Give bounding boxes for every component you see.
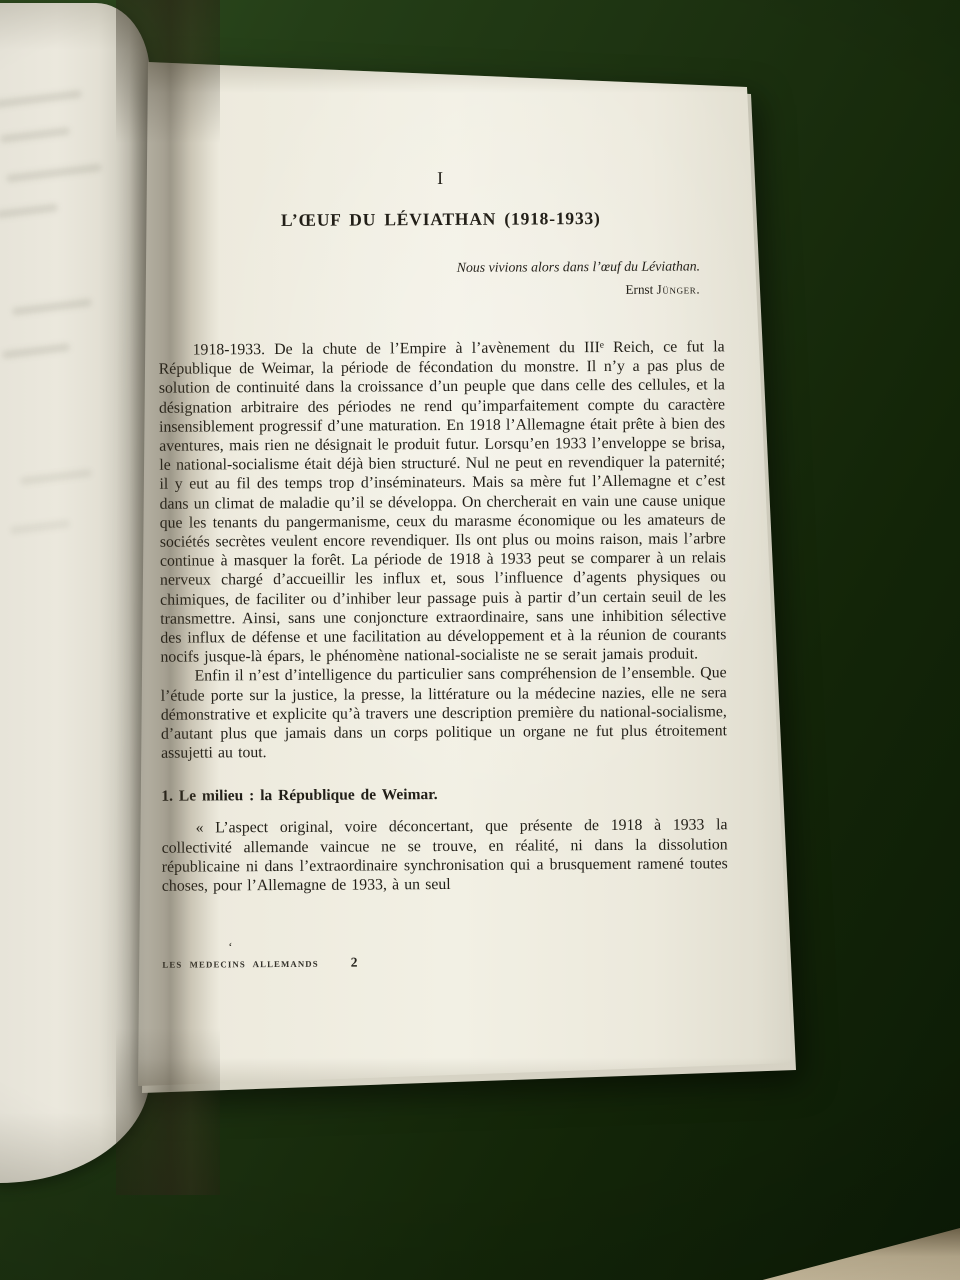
print-artifact-mark: ‘ xyxy=(228,939,232,955)
section-heading: 1. Le milieu : la République de Weimar. xyxy=(161,785,727,806)
left-page-stack xyxy=(0,3,150,1183)
show-through-text xyxy=(0,90,82,109)
attribution-last-name: Jünger. xyxy=(657,281,701,296)
show-through-text xyxy=(0,203,58,218)
chapter-number: I xyxy=(157,60,724,190)
body-text: 1918-1933. De la chute de l’Empire à l’a… xyxy=(159,337,728,896)
show-through-text xyxy=(20,469,92,486)
attribution-first-name: Ernst xyxy=(625,282,653,297)
show-through-text xyxy=(12,298,92,316)
book-page: I L’ŒUF DU LÉVIATHAN (1918-1933) Nous vi… xyxy=(138,62,796,1094)
show-through-text xyxy=(2,343,70,359)
photo-of-open-book: I L’ŒUF DU LÉVIATHAN (1918-1933) Nous vi… xyxy=(0,0,960,1280)
paragraph: Enfin il n’est d’intelligence du particu… xyxy=(161,664,728,763)
page-content: I L’ŒUF DU LÉVIATHAN (1918-1933) Nous vi… xyxy=(157,60,729,1089)
chapter-title: L’ŒUF DU LÉVIATHAN (1918-1933) xyxy=(158,207,724,231)
left-page-stack-wrap xyxy=(0,0,160,1180)
running-title: LES MEDECINS ALLEMANDS xyxy=(162,959,318,970)
show-through-text xyxy=(6,163,102,183)
table-surface-corner xyxy=(750,1228,960,1280)
page-number: 2 xyxy=(351,955,358,971)
show-through-text xyxy=(10,519,71,534)
page-footer: LES MEDECINS ALLEMANDS 2 xyxy=(162,955,357,972)
show-through-text xyxy=(0,127,70,143)
epigraph-quote: Nous vivions alors dans l’œuf du Léviath… xyxy=(158,258,700,277)
epigraph-attribution: Ernst Jünger. xyxy=(158,281,700,300)
epigraph: Nous vivions alors dans l’œuf du Léviath… xyxy=(158,258,724,300)
paragraph: « L’aspect original, voire déconcertant,… xyxy=(161,816,727,896)
paragraph: 1918-1933. De la chute de l’Empire à l’a… xyxy=(159,337,727,667)
right-page-wrap: I L’ŒUF DU LÉVIATHAN (1918-1933) Nous vi… xyxy=(138,62,796,1094)
